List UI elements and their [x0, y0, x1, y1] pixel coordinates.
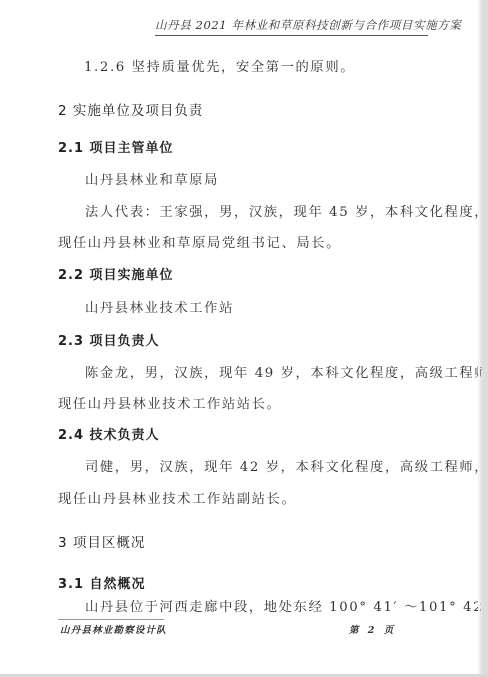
- tech-leader-line-2: 现任山丹县林业技术工作站副站长。: [58, 488, 296, 507]
- footer-rule: [58, 619, 164, 620]
- section-3-1-heading: 3.1 自然概况: [58, 573, 146, 592]
- footer-page-number: 第 2 页: [349, 622, 396, 636]
- legal-rep-line-2: 现任山丹县林业和草原局党组书记、局长。: [58, 232, 341, 251]
- natural-overview-line-1: 山丹县位于河西走廊中段，地处东经 100° 41′ ～101° 42′，: [85, 596, 488, 615]
- section-2-1-heading: 2.1 项目主管单位: [58, 137, 174, 156]
- section-3-heading: 3 项目区概况: [58, 531, 145, 551]
- section-2-2-heading: 2.2 项目实施单位: [58, 264, 174, 283]
- section-2-3-heading: 2.3 项目负责人: [58, 330, 160, 349]
- page-edge-shadow: [478, 0, 480, 674]
- supervising-unit: 山丹县林业和草原局: [85, 169, 219, 188]
- project-leader-line-2: 现任山丹县林业技术工作站站长。: [58, 393, 281, 412]
- principle-1-2-6: 1.2.6 坚持质量优先，安全第一的原则。: [84, 56, 355, 75]
- project-leader-line-1: 陈金龙，男，汉族，现年 49 岁，本科文化程度，高级工程师，: [85, 362, 488, 381]
- tech-leader-line-1: 司健，男，汉族，现年 42 岁，本科文化程度，高级工程师，: [85, 456, 488, 475]
- section-2-heading: 2 实施单位及项目负责: [58, 99, 203, 119]
- legal-rep-line-1: 法人代表：王家强，男，汉族，现年 45 岁，本科文化程度，: [85, 201, 488, 220]
- implementing-unit: 山丹县林业技术工作站: [85, 297, 234, 316]
- running-header: 山丹县 2021 年林业和草原科技创新与合作项目实施方案: [155, 17, 428, 36]
- viewer-scrollbar-track[interactable]: [482, 0, 488, 677]
- document-page: 山丹县 2021 年林业和草原科技创新与合作项目实施方案 1.2.6 坚持质量优…: [0, 0, 478, 674]
- section-2-4-heading: 2.4 技术负责人: [58, 424, 160, 443]
- footer-organization: 山丹县林业勘察设计队: [60, 622, 167, 636]
